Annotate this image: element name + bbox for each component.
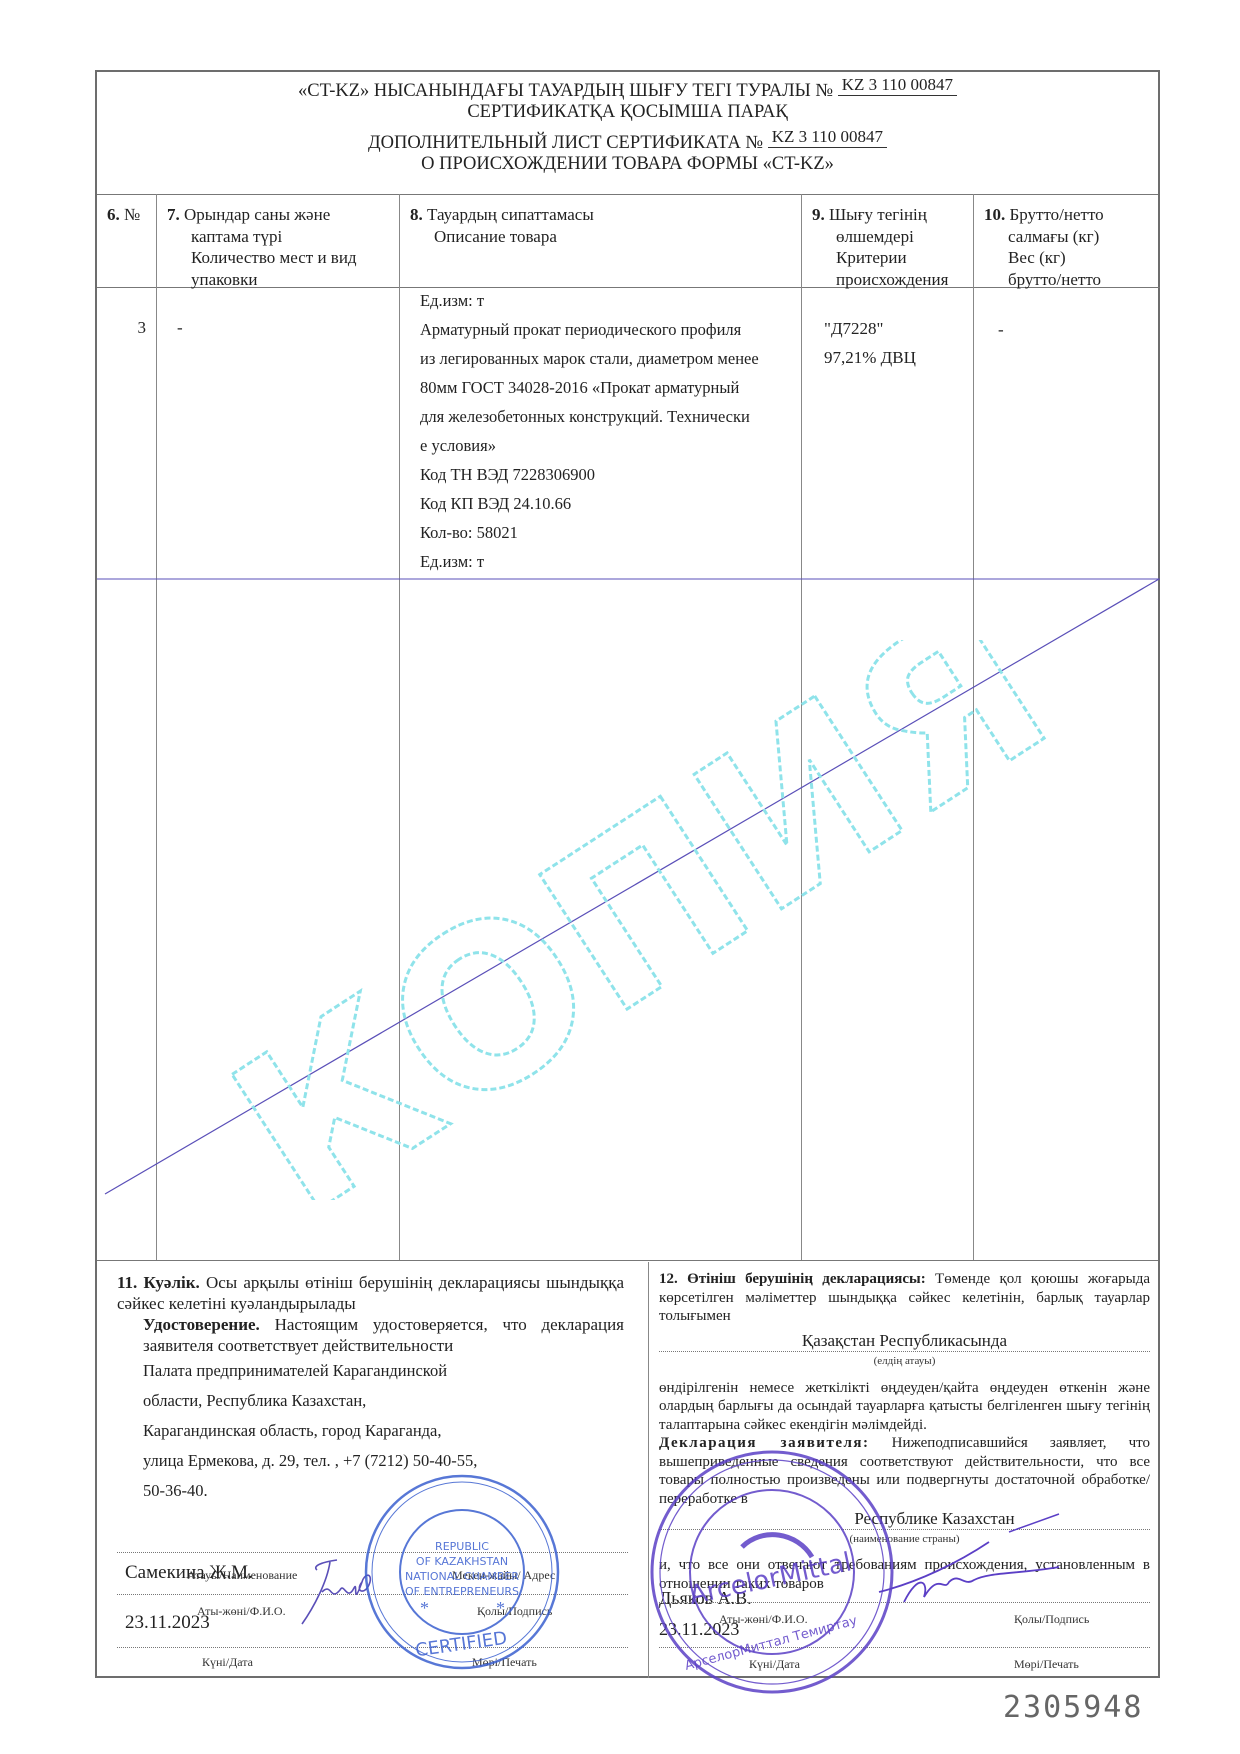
- certificate-sheet: «CT-KZ» НЫСАНЫНДАҒЫ ТАУАРДЫҢ ШЫҒУ ТЕГІ Т…: [95, 70, 1160, 1678]
- serial-number: 2305948: [1003, 1690, 1143, 1725]
- cancellation-line: [97, 72, 1162, 1680]
